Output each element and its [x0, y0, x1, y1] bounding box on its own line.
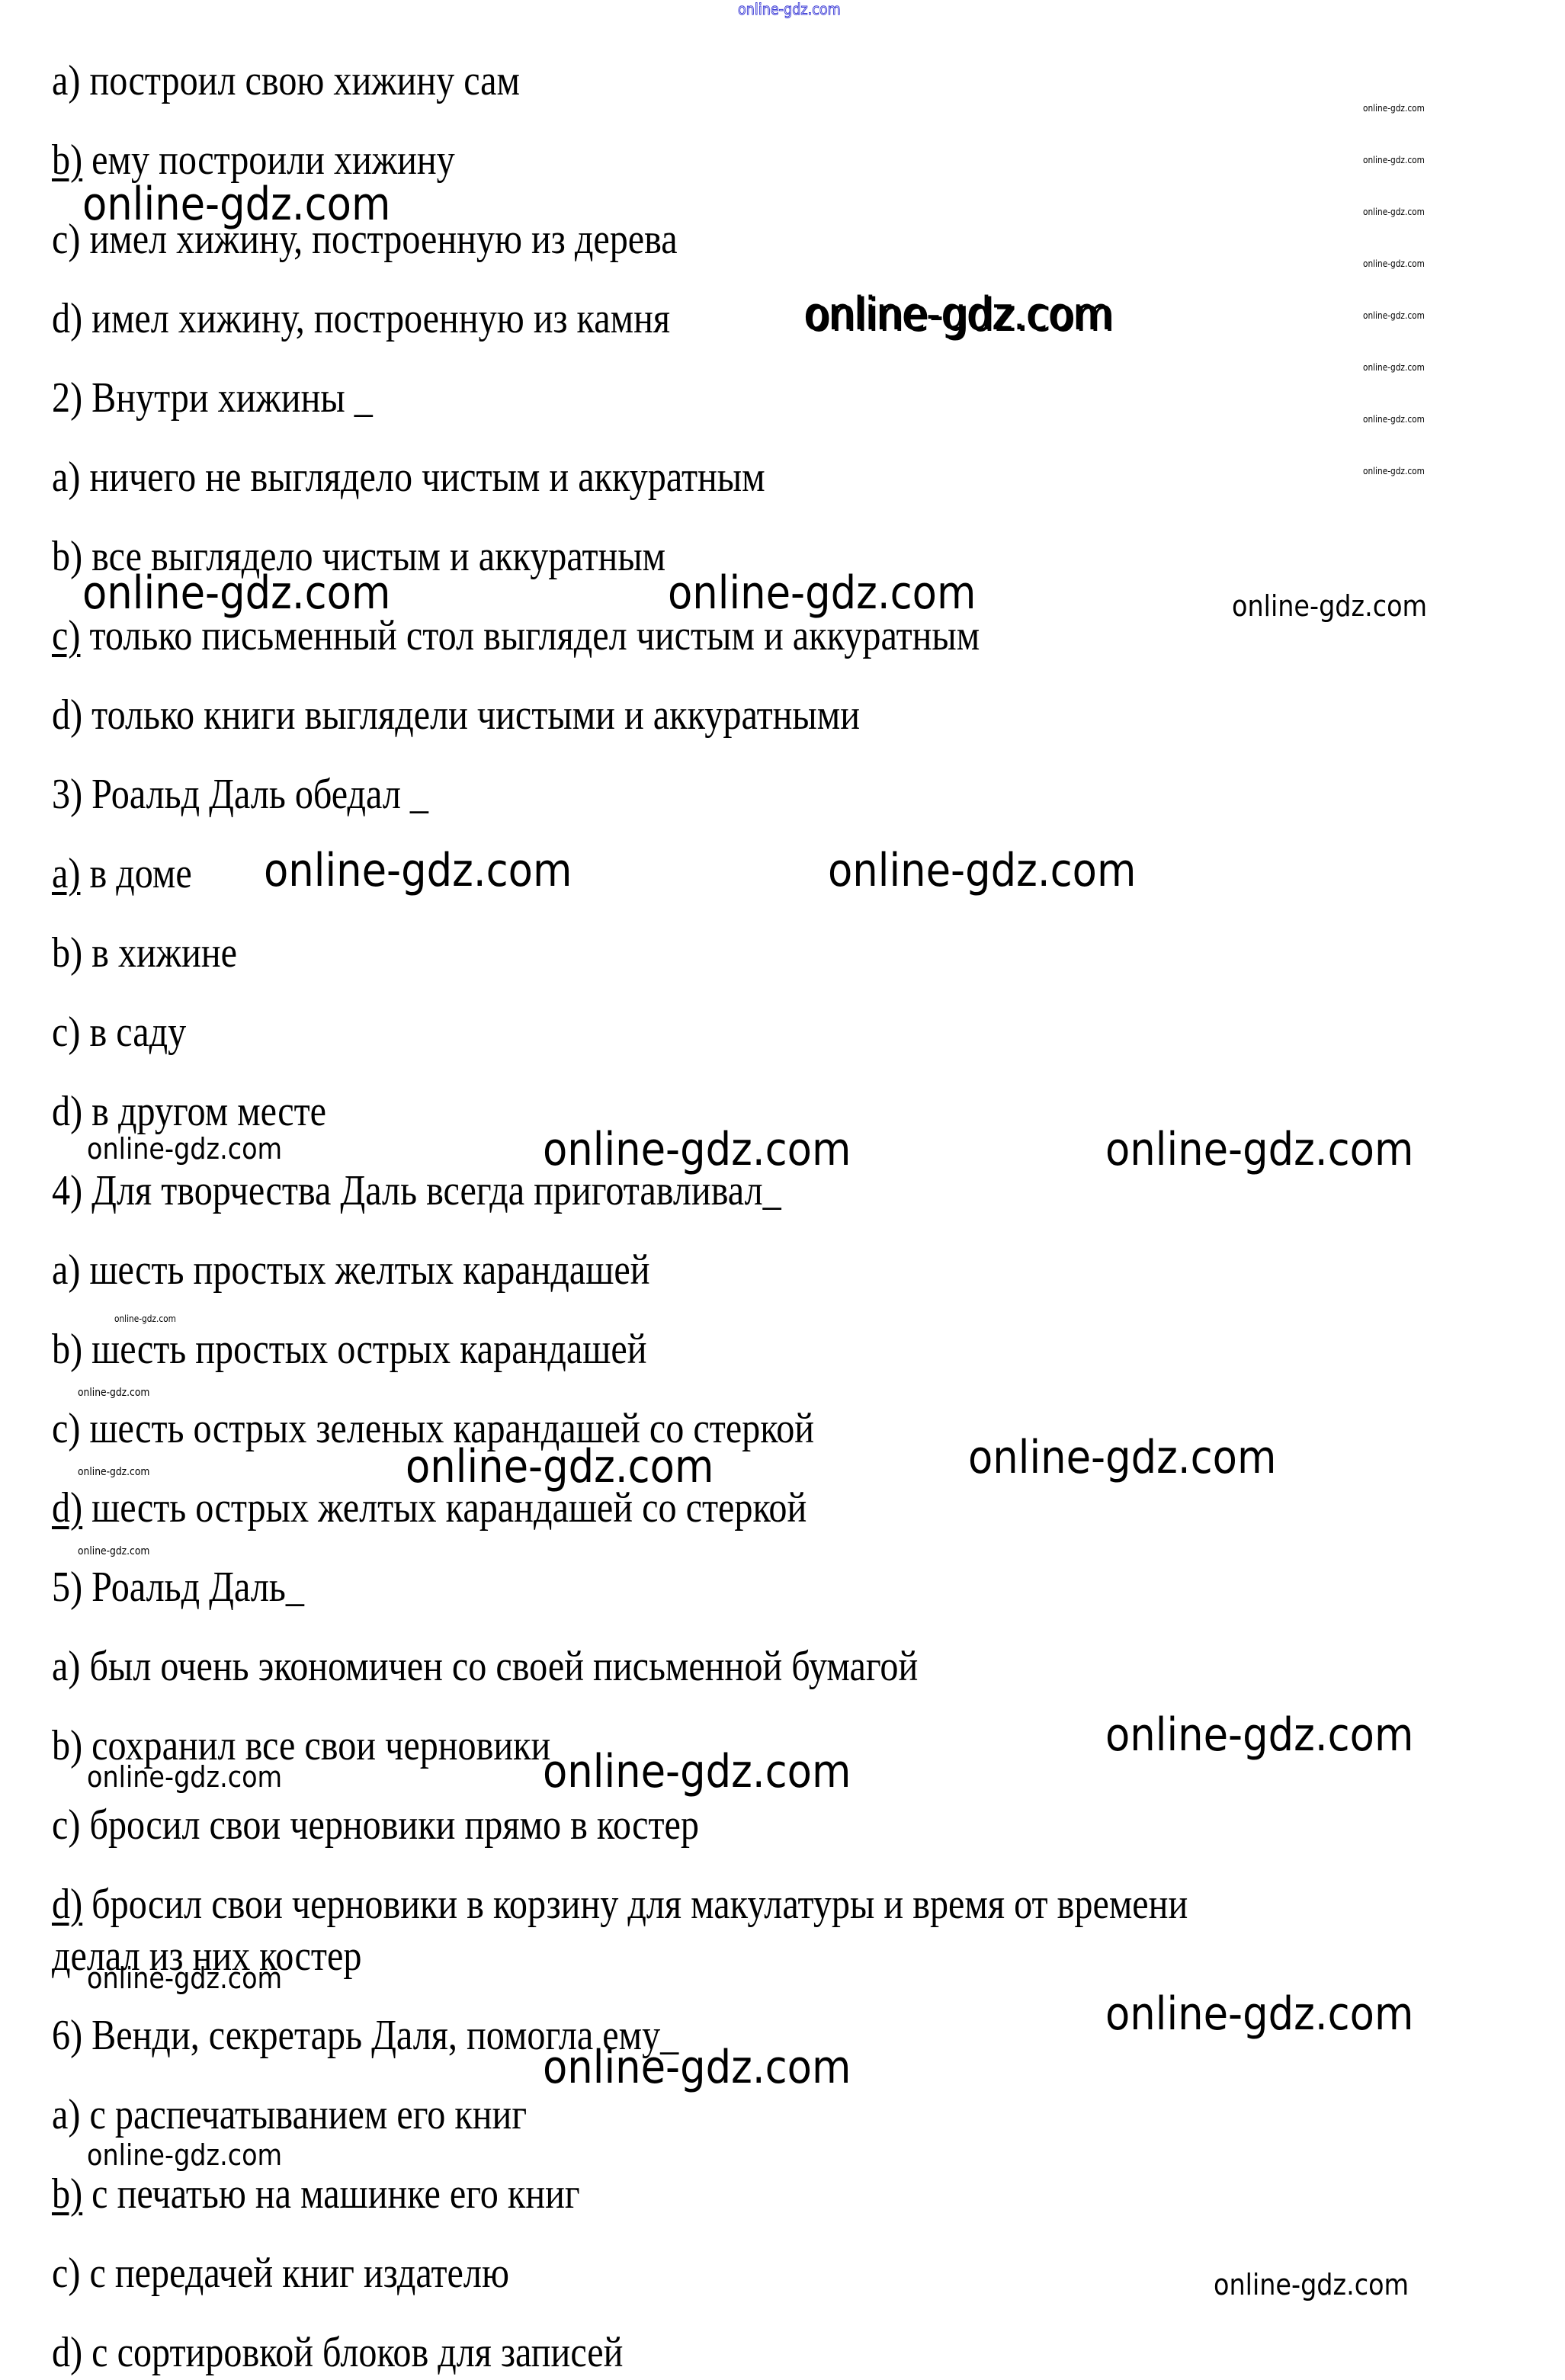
watermark: online-gdz.com	[406, 1444, 714, 1490]
watermark: online-gdz.com	[87, 1964, 282, 1993]
correct-answer-label: d)	[52, 1881, 82, 1928]
watermark: online-gdz.com	[1363, 104, 1425, 113]
option-line: c) с передачей книг издателю	[52, 2252, 509, 2295]
option-line: d) бросил свои черновики в корзину для м…	[52, 1883, 1188, 1926]
correct-answer-label: a)	[52, 850, 80, 897]
watermark: online-gdz.com	[968, 1435, 1276, 1480]
watermark: online-gdz.com	[1214, 2270, 1409, 2299]
option-line: a) с распечатыванием его книг	[52, 2093, 527, 2136]
watermark: online-gdz.com	[1363, 467, 1425, 476]
watermark: online-gdz.com	[543, 2045, 851, 2090]
header-watermark: online-gdz.com	[738, 2, 841, 17]
watermark: online-gdz.com	[1363, 363, 1425, 372]
watermark: online-gdz.com	[87, 1763, 282, 1791]
question-line: 5) Роальд Даль_	[52, 1566, 304, 1609]
watermark: online-gdz.com	[114, 1314, 176, 1323]
watermark: online-gdz.com	[78, 1387, 149, 1398]
watermark: online-gdz.com	[828, 848, 1136, 893]
correct-answer-label: c)	[52, 612, 80, 659]
watermark: online-gdz.com	[1105, 1991, 1413, 2037]
option-line: d) с сортировкой блоков для записей	[52, 2331, 623, 2374]
question-line: 3) Роальд Даль обедал _	[52, 773, 428, 816]
option-line: d) в другом месте	[52, 1090, 326, 1133]
watermark: online-gdz.com	[1105, 1712, 1413, 1758]
watermark: online-gdz.com	[543, 1749, 851, 1795]
watermark: online-gdz.com	[1232, 592, 1427, 621]
watermark: online-gdz.com	[1363, 156, 1425, 165]
option-line: a) был очень экономичен со своей письмен…	[52, 1645, 918, 1688]
option-line: a) шесть простых желтых карандашей	[52, 1249, 650, 1291]
option-line: d) только книги выглядели чистыми и акку…	[52, 694, 860, 736]
correct-answer-label: d)	[52, 1484, 82, 1532]
watermark: online-gdz.com	[87, 2141, 282, 2170]
watermark: online-gdz.com	[264, 848, 572, 893]
document-page: online-gdz.com a) построил свою хижину с…	[0, 0, 1565, 2380]
option-line: b) в хижине	[52, 932, 237, 974]
correct-answer-label: b)	[52, 2170, 82, 2218]
option-line: a) ничего не выглядело чистым и аккуратн…	[52, 456, 765, 499]
watermark: online-gdz.com	[1363, 259, 1425, 268]
option-line: a) в доме	[52, 852, 192, 895]
option-line: b) шесть простых острых карандашей	[52, 1328, 647, 1371]
watermark: online-gdz.com	[668, 570, 976, 616]
watermark: online-gdz.com	[78, 1467, 149, 1477]
watermark: online-gdz.com	[1105, 1127, 1413, 1172]
option-line: a) построил свою хижину сам	[52, 59, 520, 102]
option-line: c) только письменный стол выглядел чисты…	[52, 614, 980, 657]
watermark: online-gdz.com	[803, 291, 1111, 337]
watermark: online-gdz.com	[1363, 207, 1425, 217]
option-line: d) имел хижину, построенную из камня	[52, 297, 670, 340]
watermark: online-gdz.com	[543, 1127, 851, 1172]
watermark: online-gdz.com	[82, 181, 390, 227]
watermark: online-gdz.com	[82, 570, 390, 616]
option-line: c) бросил свои черновики прямо в костер	[52, 1804, 699, 1846]
watermark: online-gdz.com	[1363, 311, 1425, 320]
correct-answer-label: b)	[52, 136, 82, 184]
option-line: b) с печатью на машинке его книг	[52, 2173, 580, 2215]
watermark: online-gdz.com	[1363, 415, 1425, 424]
option-line: c) в саду	[52, 1011, 186, 1054]
watermark: online-gdz.com	[87, 1134, 282, 1163]
question-line: 2) Внутри хижины _	[52, 377, 373, 419]
option-line: b) ему построили хижину	[52, 139, 455, 181]
watermark: online-gdz.com	[78, 1546, 149, 1557]
